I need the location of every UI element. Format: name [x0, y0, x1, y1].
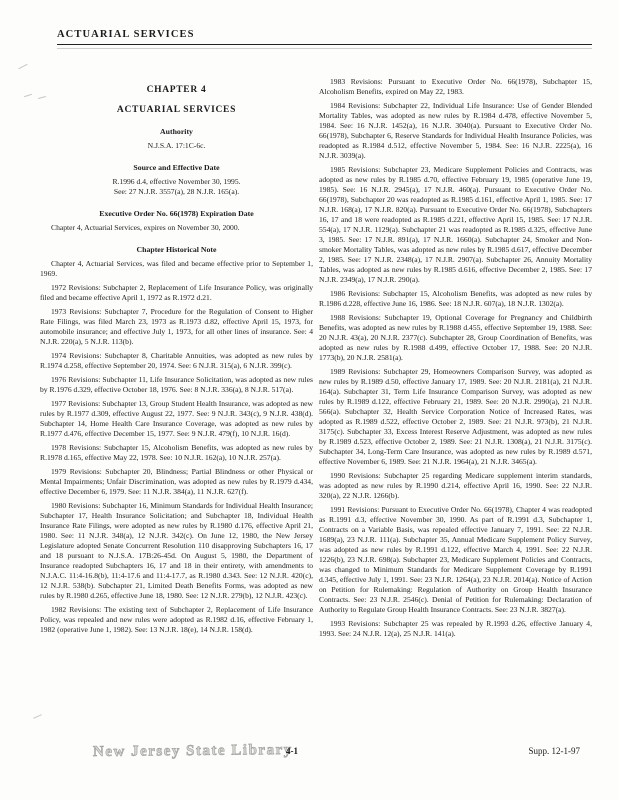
- paragraph: Chapter 4, Actuarial Services, expires o…: [40, 223, 313, 233]
- paragraph: 1976 Revisions: Subchapter 11, Life Insu…: [40, 375, 313, 395]
- right-column: 1983 Revisions: Pursuant to Executive Or…: [319, 76, 592, 639]
- paragraph: 1980 Revisions: Subchapter 16, Minimum S…: [40, 501, 313, 601]
- page-number: 4-1: [286, 746, 298, 756]
- centered-line: See: 27 N.J.R. 3557(a), 28 N.J.R. 165(a)…: [40, 187, 313, 197]
- paragraph: 1978 Revisions: Subchapter 15, Alcoholis…: [40, 443, 313, 463]
- centered-line: R.1996 d.4, effective November 30, 1995.: [40, 177, 313, 187]
- margin-pen-mark: [24, 94, 32, 97]
- left-column: CHAPTER 4ACTUARIAL SERVICESAuthorityN.J.…: [40, 76, 313, 639]
- section-heading: Chapter Historical Note: [40, 245, 313, 255]
- paragraph: 1993 Revisions: Subchapter 25 was repeal…: [319, 619, 592, 639]
- paragraph: 1989 Revisions: Subchapter 29, Homeowner…: [319, 367, 592, 467]
- paragraph: 1983 Revisions: Pursuant to Executive Or…: [319, 77, 592, 97]
- paragraph: 1990 Revisions: Subchapter 25 regarding …: [319, 471, 592, 501]
- paragraph: 1972 Revisions: Subchapter 2, Replacemen…: [40, 283, 313, 303]
- margin-pen-mark: [18, 64, 27, 70]
- paragraph: Chapter 4, Actuarial Services, was filed…: [40, 259, 313, 279]
- paragraph: 1982 Revisions: The existing text of Sub…: [40, 605, 313, 635]
- section-heading: CHAPTER 4: [40, 85, 313, 95]
- paragraph: 1984 Revisions: Subchapter 22, Individua…: [319, 101, 592, 161]
- document-page: ACTUARIAL SERVICES CHAPTER 4ACTUARIAL SE…: [0, 0, 618, 800]
- library-stamp: New Jersey State Library: [93, 742, 293, 761]
- section-heading: ACTUARIAL SERVICES: [40, 105, 313, 115]
- page-header-title: ACTUARIAL SERVICES: [57, 29, 195, 40]
- paragraph: 1991 Revisions: Pursuant to Executive Or…: [319, 505, 592, 615]
- paragraph: 1977 Revisions: Subchapter 13, Group Stu…: [40, 399, 313, 439]
- header-rule: [57, 44, 592, 47]
- header-rule-shadow: [57, 48, 592, 49]
- paragraph: 1985 Revisions: Subchapter 23, Medicare …: [319, 165, 592, 285]
- section-heading: Executive Order No. 66(1978) Expiration …: [40, 209, 313, 219]
- paragraph: 1979 Revisions: Subchapter 20, Blindness…: [40, 467, 313, 497]
- paragraph: 1988 Revisions: Subchapter 19, Optional …: [319, 313, 592, 363]
- paragraph: 1973 Revisions: Subchapter 7, Procedure …: [40, 307, 313, 347]
- section-heading: Authority: [40, 127, 313, 137]
- margin-pen-mark: [33, 714, 42, 719]
- section-heading: Source and Effective Date: [40, 163, 313, 173]
- paragraph: 1986 Revisions: Subchapter 15, Alcoholis…: [319, 289, 592, 309]
- paragraph: 1974 Revisions: Subchapter 8, Charitable…: [40, 351, 313, 371]
- centered-line: N.J.S.A. 17:1C-6c.: [40, 141, 313, 151]
- supplement-date: Supp. 12-1-97: [529, 746, 581, 756]
- two-column-body: CHAPTER 4ACTUARIAL SERVICESAuthorityN.J.…: [40, 76, 592, 639]
